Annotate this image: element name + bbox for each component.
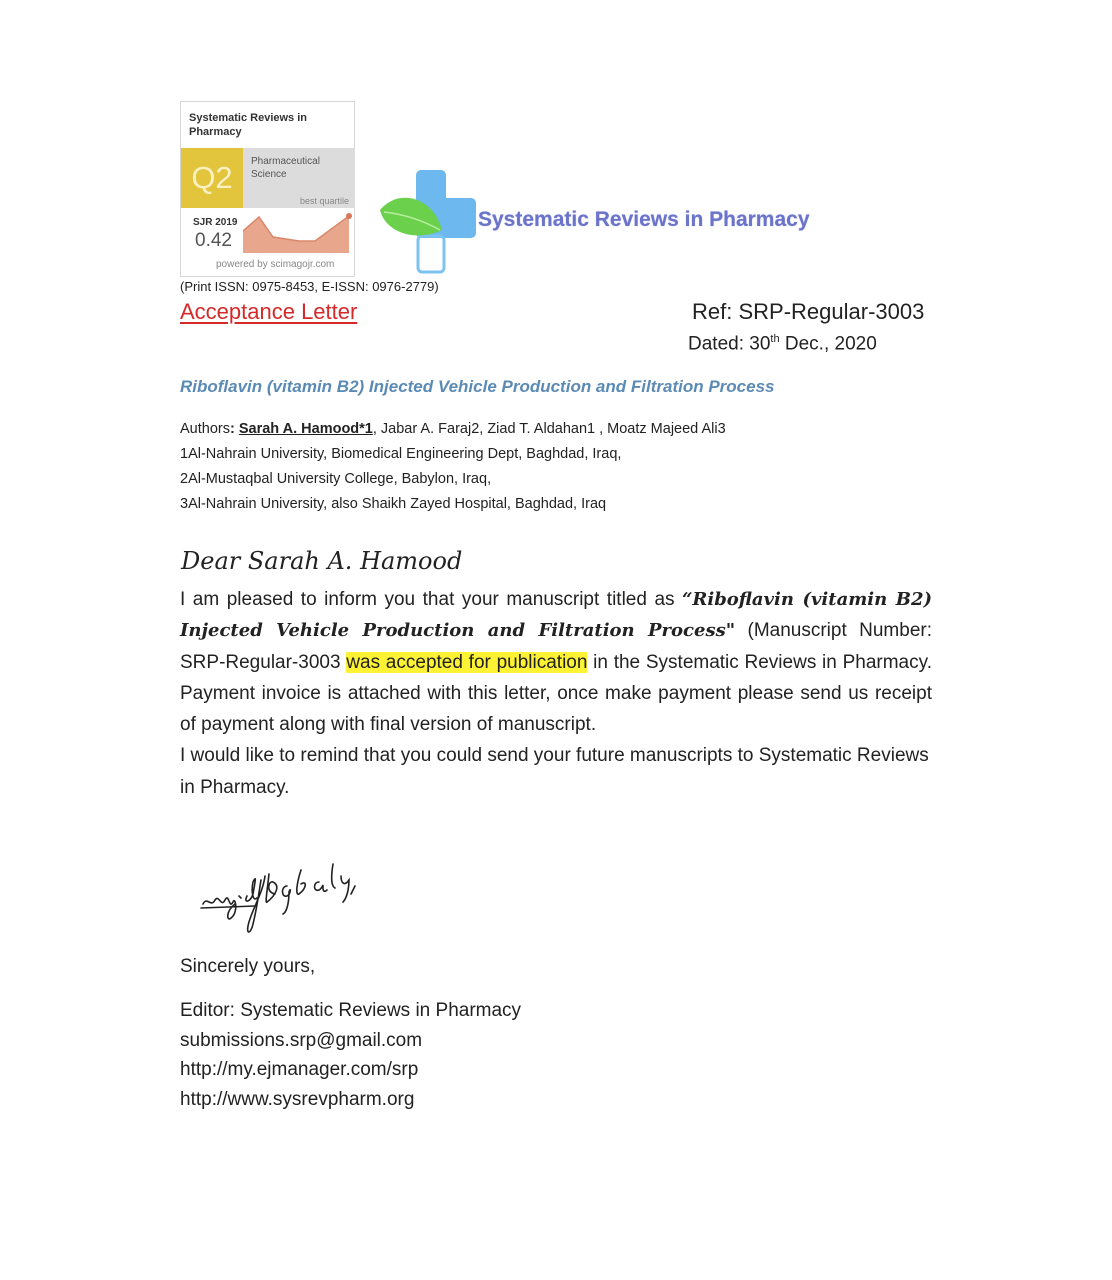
editor-line: Editor: Systematic Reviews in Pharmacy xyxy=(180,996,521,1026)
category-box: Pharmaceutical Science best quartile xyxy=(243,148,355,208)
authors-label: Authors xyxy=(180,421,230,437)
date-ordinal: th xyxy=(770,333,779,345)
authors-block: Authors: Sarah A. Hamood*1, Jabar A. Far… xyxy=(180,417,726,517)
quartile-note: best quartile xyxy=(300,196,349,206)
authors-line: Authors: Sarah A. Hamood*1, Jabar A. Far… xyxy=(180,417,726,442)
affiliation: 2Al-Mustaqbal University College, Babylo… xyxy=(180,467,726,492)
paper-title: Riboflavin (vitamin B2) Injected Vehicle… xyxy=(180,377,774,397)
logo-text: Systematic Reviews in Pharmacy xyxy=(478,208,810,232)
sjr-value: 0.42 xyxy=(195,230,232,252)
affiliation: 1Al-Nahrain University, Biomedical Engin… xyxy=(180,442,726,467)
date-suffix: Dec., 2020 xyxy=(780,333,877,354)
date-prefix: Dated: 30 xyxy=(688,333,770,354)
affiliation: 3Al-Nahrain University, also Shaikh Zaye… xyxy=(180,492,726,517)
date-line: Dated: 30th Dec., 2020 xyxy=(688,333,877,355)
email-link[interactable]: submissions.srp@gmail.com xyxy=(180,1026,521,1056)
sjr-trend-chart-icon xyxy=(243,211,353,253)
issn-line: (Print ISSN: 0975-8453, E-ISSN: 0976-277… xyxy=(180,279,439,294)
powered-by: powered by scimagojr.com xyxy=(216,259,334,270)
other-authors: , Jabar A. Faraj2, Ziad T. Aldahan1 , Mo… xyxy=(373,421,726,437)
signature-block: Editor: Systematic Reviews in Pharmacy s… xyxy=(180,996,521,1114)
ejmanager-link[interactable]: http://my.ejmanager.com/srp xyxy=(180,1055,521,1085)
quartile-box: Q2 xyxy=(181,148,243,208)
authors-colon: : xyxy=(230,421,239,437)
sjr-badge: Systematic Reviews in Pharmacy Q2 Pharma… xyxy=(180,101,355,277)
closing: Sincerely yours, xyxy=(180,956,315,978)
medical-cross-leaf-icon xyxy=(378,168,478,274)
body-reminder: I would like to remind that you could se… xyxy=(180,740,932,803)
letter-body: I am pleased to inform you that your man… xyxy=(180,584,932,803)
body-intro: I am pleased to inform you that your man… xyxy=(180,589,682,610)
sjr-journal-name: Systematic Reviews in Pharmacy xyxy=(189,111,339,139)
reference-number: Ref: SRP-Regular-3003 xyxy=(692,299,924,325)
document-title: Acceptance Letter xyxy=(180,299,357,325)
corresponding-author: Sarah A. Hamood*1 xyxy=(239,421,373,437)
category-label: Pharmaceutical Science xyxy=(251,155,355,181)
website-link[interactable]: http://www.sysrevpharm.org xyxy=(180,1085,521,1115)
sjr-year-label: SJR 2019 xyxy=(193,217,237,228)
acceptance-highlight: was accepted for publication xyxy=(346,652,587,673)
signature-image xyxy=(195,852,365,942)
greeting: Dear Sarah A. Hamood xyxy=(181,547,462,575)
journal-logo: Systematic Reviews in Pharmacy xyxy=(378,168,818,274)
